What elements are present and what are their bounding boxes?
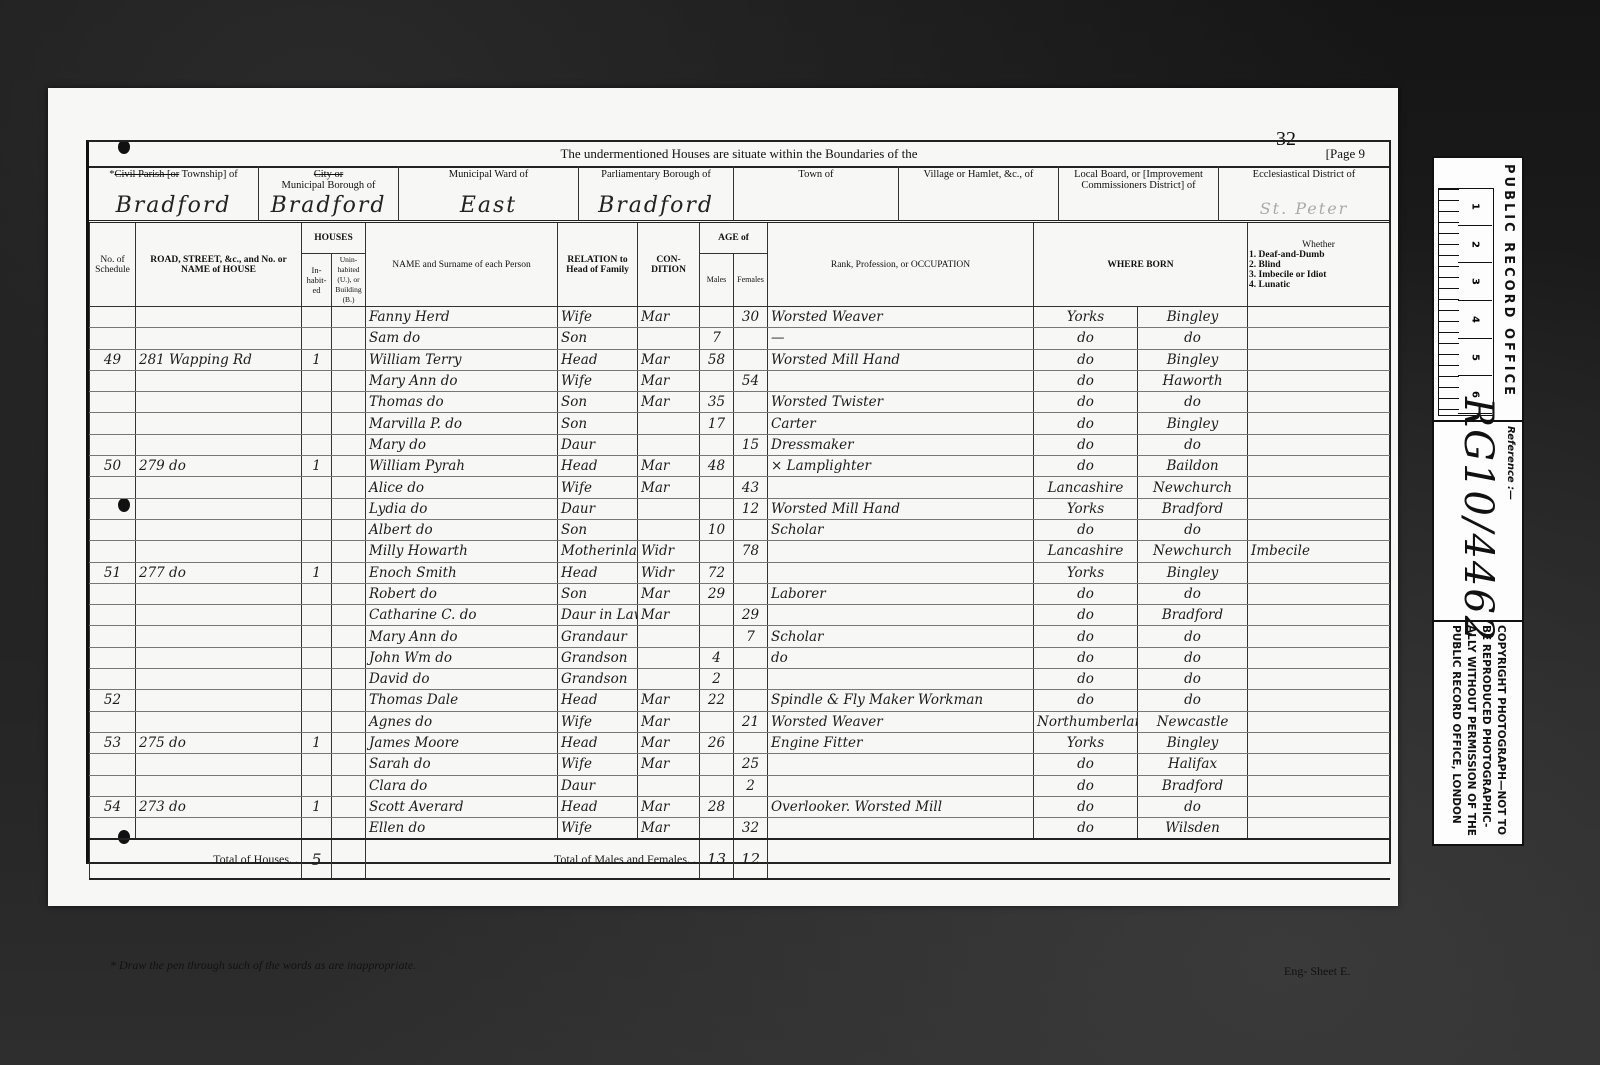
ruler-numbers: 123456 bbox=[1458, 188, 1492, 414]
cell-occupation: Laborer bbox=[768, 583, 1034, 604]
table-row: Milly HowarthMotherinlawWidr78Lancashire… bbox=[90, 541, 1390, 562]
public-record-office-label: 123456 PUBLIC RECORD OFFICE Reference :—… bbox=[1432, 156, 1524, 846]
census-rows: Fanny HerdWifeMar30Worsted WeaverYorksBi… bbox=[90, 307, 1390, 840]
table-row: 54273 do1Scott AverardHeadMar28Overlooke… bbox=[90, 796, 1390, 817]
cell-occupation: Scholar bbox=[768, 519, 1034, 540]
cell-inhabited bbox=[302, 392, 332, 413]
copyright-notice: COPYRIGHT PHOTOGRAPH—NOT TO BE REPRODUCE… bbox=[1448, 625, 1508, 839]
cell-infirmity bbox=[1248, 519, 1390, 540]
cell-infirmity bbox=[1248, 349, 1390, 370]
cell-road: 277 do bbox=[136, 562, 302, 583]
cell-female bbox=[734, 562, 768, 583]
cell-schedule bbox=[90, 626, 136, 647]
cell-schedule bbox=[90, 711, 136, 732]
table-row: Lydia doDaur12Worsted Mill HandYorksBrad… bbox=[90, 498, 1390, 519]
cell-male bbox=[700, 498, 734, 519]
cell-road bbox=[136, 669, 302, 690]
table-row: Catharine C. doDaur in LawMar29doBradfor… bbox=[90, 605, 1390, 626]
cell-place: Haworth bbox=[1138, 370, 1248, 391]
col-uninhabited: Unin-habited (U.), or Building (B.) bbox=[332, 254, 366, 307]
cell-relation: Wife bbox=[558, 818, 638, 840]
admin-label: Municipal Ward of bbox=[399, 166, 578, 180]
boundary-heading: The undermentioned Houses are situate wi… bbox=[89, 142, 1389, 168]
cell-relation: Daur bbox=[558, 498, 638, 519]
cell-schedule bbox=[90, 754, 136, 775]
table-row: Mary doDaur15Dressmakerdodo bbox=[90, 434, 1390, 455]
cell-schedule bbox=[90, 328, 136, 349]
col-where-born: WHERE BORN bbox=[1034, 223, 1248, 307]
cell-female: 2 bbox=[734, 775, 768, 796]
cell-male: 26 bbox=[700, 732, 734, 753]
reference-value: RG10/4462 bbox=[1455, 397, 1501, 643]
col-name: NAME and Surname of each Person bbox=[366, 223, 558, 307]
cell-inhabited bbox=[302, 477, 332, 498]
cell-infirmity bbox=[1248, 818, 1390, 840]
cell-infirmity bbox=[1248, 477, 1390, 498]
cell-road bbox=[136, 541, 302, 562]
cell-schedule: 49 bbox=[90, 349, 136, 370]
cell-male bbox=[700, 626, 734, 647]
cell-occupation bbox=[768, 605, 1034, 626]
cell-inhabited bbox=[302, 370, 332, 391]
col-males: Males bbox=[700, 254, 734, 307]
cell-relation: Head bbox=[558, 349, 638, 370]
cell-infirmity bbox=[1248, 392, 1390, 413]
table-row: 52Thomas DaleHeadMar22Spindle & Fly Make… bbox=[90, 690, 1390, 711]
cell-road bbox=[136, 370, 302, 391]
infirmity-2: 2. Blind bbox=[1249, 260, 1281, 270]
table-row: John Wm doGrandson4dododo bbox=[90, 647, 1390, 668]
cell-female bbox=[734, 349, 768, 370]
admin-parliamentary-borough: Parliamentary Borough of Bradford bbox=[579, 166, 734, 220]
cell-uninhabited bbox=[332, 711, 366, 732]
cell-female bbox=[734, 732, 768, 753]
cell-uninhabited bbox=[332, 605, 366, 626]
col-relation-text: RELATION to Head of Family bbox=[566, 255, 629, 275]
admin-value: Bradford bbox=[89, 193, 258, 218]
cell-condition: Widr bbox=[638, 562, 700, 583]
cell-schedule bbox=[90, 647, 136, 668]
pro-copyright-section: COPYRIGHT PHOTOGRAPH—NOT TO BE REPRODUCE… bbox=[1434, 620, 1522, 844]
cell-occupation bbox=[768, 541, 1034, 562]
cell-infirmity bbox=[1248, 307, 1390, 328]
cell-schedule: 51 bbox=[90, 562, 136, 583]
pro-title-section: 123456 PUBLIC RECORD OFFICE bbox=[1434, 158, 1522, 422]
cell-road bbox=[136, 307, 302, 328]
cell-inhabited bbox=[302, 605, 332, 626]
sheet-id: Eng- Sheet E. bbox=[1284, 964, 1350, 979]
cell-occupation: — bbox=[768, 328, 1034, 349]
cell-condition: Mar bbox=[638, 796, 700, 817]
cell-female: 21 bbox=[734, 711, 768, 732]
footnote: * Draw the pen through such of the words… bbox=[110, 958, 416, 973]
col-inhabited: In-habit-ed bbox=[302, 254, 332, 307]
cell-occupation: Worsted Mill Hand bbox=[768, 498, 1034, 519]
table-row: Marvilla P. doSon17CarterdoBingley bbox=[90, 413, 1390, 434]
cell-uninhabited bbox=[332, 519, 366, 540]
cell-county: do bbox=[1034, 349, 1138, 370]
table-row: Agnes doWifeMar21Worsted WeaverNorthumbe… bbox=[90, 711, 1390, 732]
total-males-value: 13 bbox=[700, 839, 734, 879]
cell-female: 25 bbox=[734, 754, 768, 775]
cell-infirmity bbox=[1248, 498, 1390, 519]
cell-road bbox=[136, 711, 302, 732]
admin-local-board: Local Board, or [Improvement Commissione… bbox=[1059, 166, 1219, 220]
cell-name: David do bbox=[366, 669, 558, 690]
cell-condition bbox=[638, 669, 700, 690]
cell-road bbox=[136, 413, 302, 434]
cell-infirmity bbox=[1248, 647, 1390, 668]
table-row: Robert doSonMar29Laborerdodo bbox=[90, 583, 1390, 604]
table-row: Sarah doWifeMar25doHalifax bbox=[90, 754, 1390, 775]
cell-place: do bbox=[1138, 690, 1248, 711]
ruler-number: 1 bbox=[1458, 188, 1492, 226]
cell-name: Sarah do bbox=[366, 754, 558, 775]
cell-schedule bbox=[90, 583, 136, 604]
cell-road: 279 do bbox=[136, 456, 302, 477]
cell-male bbox=[700, 818, 734, 840]
cell-female: 54 bbox=[734, 370, 768, 391]
cell-name: William Pyrah bbox=[366, 456, 558, 477]
cell-female bbox=[734, 669, 768, 690]
cell-inhabited bbox=[302, 413, 332, 434]
ruler-number: 3 bbox=[1458, 263, 1492, 301]
cell-condition: Mar bbox=[638, 690, 700, 711]
cell-condition bbox=[638, 519, 700, 540]
cell-name: Agnes do bbox=[366, 711, 558, 732]
cell-male: 4 bbox=[700, 647, 734, 668]
cell-uninhabited bbox=[332, 413, 366, 434]
cell-condition: Mar bbox=[638, 818, 700, 840]
cell-infirmity bbox=[1248, 605, 1390, 626]
cell-inhabited: 1 bbox=[302, 456, 332, 477]
admin-ecclesiastical-district: Ecclesiastical District of St. Peter bbox=[1219, 166, 1389, 220]
cell-infirmity bbox=[1248, 370, 1390, 391]
cell-place: do bbox=[1138, 434, 1248, 455]
cell-female bbox=[734, 690, 768, 711]
cell-infirmity bbox=[1248, 796, 1390, 817]
cell-inhabited bbox=[302, 328, 332, 349]
cell-occupation bbox=[768, 370, 1034, 391]
cell-inhabited bbox=[302, 711, 332, 732]
col-occupation: Rank, Profession, or OCCUPATION bbox=[768, 223, 1034, 307]
cell-condition: Mar bbox=[638, 349, 700, 370]
cell-uninhabited bbox=[332, 307, 366, 328]
admin-town: Town of bbox=[734, 166, 899, 220]
census-sheet: 32 The undermentioned Houses are situate… bbox=[48, 88, 1398, 906]
cell-name: Catharine C. do bbox=[366, 605, 558, 626]
cell-infirmity bbox=[1248, 456, 1390, 477]
admin-value: East bbox=[399, 193, 578, 218]
cell-male: 29 bbox=[700, 583, 734, 604]
cell-occupation bbox=[768, 477, 1034, 498]
cell-occupation: × Lamplighter bbox=[768, 456, 1034, 477]
cell-inhabited bbox=[302, 307, 332, 328]
cell-condition bbox=[638, 434, 700, 455]
admin-label: Local Board, or [Improvement Commissione… bbox=[1059, 166, 1218, 191]
cell-county: Yorks bbox=[1034, 498, 1138, 519]
cell-road bbox=[136, 328, 302, 349]
cell-inhabited bbox=[302, 626, 332, 647]
cell-uninhabited bbox=[332, 583, 366, 604]
cell-relation: Son bbox=[558, 519, 638, 540]
cell-relation: Wife bbox=[558, 307, 638, 328]
cell-relation: Son bbox=[558, 328, 638, 349]
cell-name: Lydia do bbox=[366, 498, 558, 519]
pro-title: PUBLIC RECORD OFFICE bbox=[1501, 164, 1516, 398]
cell-infirmity bbox=[1248, 434, 1390, 455]
cell-condition: Mar bbox=[638, 711, 700, 732]
cell-name: Mary Ann do bbox=[366, 626, 558, 647]
cell-relation: Grandaur bbox=[558, 626, 638, 647]
cell-male: 17 bbox=[700, 413, 734, 434]
cell-place: Bingley bbox=[1138, 307, 1248, 328]
cell-female: 29 bbox=[734, 605, 768, 626]
cell-schedule bbox=[90, 775, 136, 796]
cell-county: Yorks bbox=[1034, 307, 1138, 328]
cell-uninhabited bbox=[332, 477, 366, 498]
cell-relation: Wife bbox=[558, 711, 638, 732]
cell-occupation: do bbox=[768, 647, 1034, 668]
cell-uninhabited bbox=[332, 775, 366, 796]
table-row: Thomas doSonMar35Worsted Twisterdodo bbox=[90, 392, 1390, 413]
cell-name: Albert do bbox=[366, 519, 558, 540]
cell-place: Bradford bbox=[1138, 775, 1248, 796]
col-relation: RELATION to Head of Family bbox=[558, 223, 638, 307]
col-infirmity: Whether 1. Deaf-and-Dumb 2. Blind 3. Imb… bbox=[1248, 223, 1390, 307]
cell-occupation: Overlooker. Worsted Mill bbox=[768, 796, 1034, 817]
cell-name: Alice do bbox=[366, 477, 558, 498]
cell-road bbox=[136, 434, 302, 455]
table-row: Sam doSon7—dodo bbox=[90, 328, 1390, 349]
col-road: ROAD, STREET, &c., and No. or NAME of HO… bbox=[136, 223, 302, 307]
cell-county: do bbox=[1034, 434, 1138, 455]
admin-municipal-ward: Municipal Ward of East bbox=[399, 166, 579, 220]
infirmity-4: 4. Lunatic bbox=[1249, 280, 1290, 290]
infirmity-title: Whether bbox=[1249, 240, 1388, 250]
admin-label-struck: City or bbox=[314, 169, 343, 180]
cell-schedule bbox=[90, 307, 136, 328]
cell-county: do bbox=[1034, 519, 1138, 540]
cell-name: Milly Howarth bbox=[366, 541, 558, 562]
cell-male: 72 bbox=[700, 562, 734, 583]
cell-county: do bbox=[1034, 690, 1138, 711]
cell-county: do bbox=[1034, 392, 1138, 413]
cell-inhabited bbox=[302, 498, 332, 519]
cell-name: Scott Averard bbox=[366, 796, 558, 817]
admin-village: Village or Hamlet, &c., of bbox=[899, 166, 1059, 220]
cell-relation: Daur bbox=[558, 775, 638, 796]
cell-male bbox=[700, 307, 734, 328]
col-houses-text: HOUSES bbox=[314, 233, 353, 243]
cell-infirmity: Imbecile bbox=[1248, 541, 1390, 562]
cell-place: Newchurch bbox=[1138, 477, 1248, 498]
cell-uninhabited bbox=[332, 690, 366, 711]
cell-inhabited bbox=[302, 754, 332, 775]
col-condition: CON-DITION bbox=[638, 223, 700, 307]
ruler-number: 4 bbox=[1458, 301, 1492, 339]
col-road-text: ROAD, STREET, &c., and No. or NAME of HO… bbox=[150, 255, 287, 275]
cell-infirmity bbox=[1248, 626, 1390, 647]
col-houses: HOUSES bbox=[302, 223, 366, 254]
col-age-text: AGE of bbox=[718, 233, 749, 243]
cell-male: 58 bbox=[700, 349, 734, 370]
admin-civil-parish: *Civil Parish [or Township] of Bradford bbox=[89, 166, 259, 220]
cell-name: Mary do bbox=[366, 434, 558, 455]
cell-road bbox=[136, 477, 302, 498]
cell-male bbox=[700, 775, 734, 796]
cell-occupation: Carter bbox=[768, 413, 1034, 434]
table-row: Ellen doWifeMar32doWilsden bbox=[90, 818, 1390, 840]
cell-name: Sam do bbox=[366, 328, 558, 349]
cell-place: Bingley bbox=[1138, 413, 1248, 434]
total-houses-label: Total of Houses. . bbox=[90, 839, 302, 879]
cell-county: Lancashire bbox=[1034, 541, 1138, 562]
cell-schedule bbox=[90, 669, 136, 690]
cell-uninhabited bbox=[332, 796, 366, 817]
infirmity-3: 3. Imbecile or Idiot bbox=[1249, 270, 1326, 280]
cell-inhabited: 1 bbox=[302, 349, 332, 370]
cell-condition bbox=[638, 498, 700, 519]
cell-occupation bbox=[768, 754, 1034, 775]
cell-uninhabited bbox=[332, 818, 366, 840]
cell-place: do bbox=[1138, 583, 1248, 604]
ruler-number: 5 bbox=[1458, 339, 1492, 377]
table-row: 49281 Wapping Rd1William TerryHeadMar58W… bbox=[90, 349, 1390, 370]
cell-condition: Mar bbox=[638, 605, 700, 626]
cell-schedule bbox=[90, 818, 136, 840]
total-persons-label: Total of Males and Females. . bbox=[366, 839, 700, 879]
cell-county: do bbox=[1034, 796, 1138, 817]
cell-inhabited bbox=[302, 690, 332, 711]
total-uninhabited bbox=[332, 839, 366, 879]
cell-condition bbox=[638, 328, 700, 349]
cell-occupation bbox=[768, 669, 1034, 690]
totals-row: Total of Houses. . 5 Total of Males and … bbox=[90, 839, 1390, 879]
cell-schedule: 50 bbox=[90, 456, 136, 477]
cell-male bbox=[700, 754, 734, 775]
cell-female bbox=[734, 583, 768, 604]
admin-label: Ecclesiastical District of bbox=[1219, 166, 1389, 180]
cell-occupation bbox=[768, 775, 1034, 796]
cell-schedule bbox=[90, 413, 136, 434]
cell-relation: Wife bbox=[558, 370, 638, 391]
cell-road bbox=[136, 605, 302, 626]
cell-county: Yorks bbox=[1034, 562, 1138, 583]
cell-infirmity bbox=[1248, 669, 1390, 690]
cell-infirmity bbox=[1248, 328, 1390, 349]
cell-female: 12 bbox=[734, 498, 768, 519]
cell-name: John Wm do bbox=[366, 647, 558, 668]
cell-schedule bbox=[90, 605, 136, 626]
cell-uninhabited bbox=[332, 669, 366, 690]
cell-uninhabited bbox=[332, 754, 366, 775]
cell-place: do bbox=[1138, 626, 1248, 647]
cell-occupation: Spindle & Fly Maker Workman bbox=[768, 690, 1034, 711]
total-blank bbox=[768, 839, 1390, 879]
cell-condition: Mar bbox=[638, 370, 700, 391]
cell-road: 273 do bbox=[136, 796, 302, 817]
table-row: Clara doDaur2doBradford bbox=[90, 775, 1390, 796]
cell-name: Mary Ann do bbox=[366, 370, 558, 391]
cell-inhabited: 1 bbox=[302, 732, 332, 753]
cell-place: Bingley bbox=[1138, 349, 1248, 370]
cell-infirmity bbox=[1248, 732, 1390, 753]
cell-male: 7 bbox=[700, 328, 734, 349]
cell-uninhabited bbox=[332, 434, 366, 455]
cell-county: do bbox=[1034, 456, 1138, 477]
cell-relation: Son bbox=[558, 413, 638, 434]
cell-name: Ellen do bbox=[366, 818, 558, 840]
cell-road bbox=[136, 690, 302, 711]
table-row: 53275 do1James MooreHeadMar26Engine Fitt… bbox=[90, 732, 1390, 753]
cell-uninhabited bbox=[332, 498, 366, 519]
table-row: Mary Ann doWifeMar54doHaworth bbox=[90, 370, 1390, 391]
admin-value: Bradford bbox=[259, 193, 398, 218]
cell-occupation: Worsted Weaver bbox=[768, 711, 1034, 732]
cell-place: Halifax bbox=[1138, 754, 1248, 775]
boundary-heading-text: The undermentioned Houses are situate wi… bbox=[560, 146, 917, 161]
cell-condition: Mar bbox=[638, 732, 700, 753]
cell-male bbox=[700, 370, 734, 391]
cell-male: 22 bbox=[700, 690, 734, 711]
cell-county: do bbox=[1034, 669, 1138, 690]
cell-place: Newchurch bbox=[1138, 541, 1248, 562]
cell-male: 28 bbox=[700, 796, 734, 817]
cell-road bbox=[136, 775, 302, 796]
cell-place: Baildon bbox=[1138, 456, 1248, 477]
cell-relation: Grandson bbox=[558, 647, 638, 668]
cell-female bbox=[734, 328, 768, 349]
cell-place: do bbox=[1138, 796, 1248, 817]
cell-condition bbox=[638, 775, 700, 796]
cell-place: do bbox=[1138, 519, 1248, 540]
cell-schedule bbox=[90, 370, 136, 391]
cell-county: do bbox=[1034, 775, 1138, 796]
cell-occupation: Engine Fitter bbox=[768, 732, 1034, 753]
cell-infirmity bbox=[1248, 583, 1390, 604]
table-row: 50279 do1William PyrahHeadMar48× Lamplig… bbox=[90, 456, 1390, 477]
cell-name: Marvilla P. do bbox=[366, 413, 558, 434]
cell-road bbox=[136, 754, 302, 775]
cell-inhabited bbox=[302, 647, 332, 668]
cell-schedule: 52 bbox=[90, 690, 136, 711]
cell-road: 281 Wapping Rd bbox=[136, 349, 302, 370]
admin-label-text: Township] of bbox=[182, 169, 238, 180]
total-females-value: 12 bbox=[734, 839, 768, 879]
cell-uninhabited bbox=[332, 562, 366, 583]
table-row: Albert doSon10Scholardodo bbox=[90, 519, 1390, 540]
cell-infirmity bbox=[1248, 711, 1390, 732]
cell-uninhabited bbox=[332, 392, 366, 413]
cell-female bbox=[734, 413, 768, 434]
cell-name: Thomas Dale bbox=[366, 690, 558, 711]
cell-uninhabited bbox=[332, 541, 366, 562]
cell-relation: Daur bbox=[558, 434, 638, 455]
cell-male bbox=[700, 477, 734, 498]
cell-condition bbox=[638, 626, 700, 647]
cell-relation: Head bbox=[558, 732, 638, 753]
cell-relation: Head bbox=[558, 456, 638, 477]
cell-female: 7 bbox=[734, 626, 768, 647]
cell-male: 48 bbox=[700, 456, 734, 477]
cell-uninhabited bbox=[332, 370, 366, 391]
cell-inhabited bbox=[302, 519, 332, 540]
cell-schedule bbox=[90, 434, 136, 455]
cell-schedule bbox=[90, 498, 136, 519]
cell-relation: Head bbox=[558, 562, 638, 583]
cell-female bbox=[734, 519, 768, 540]
